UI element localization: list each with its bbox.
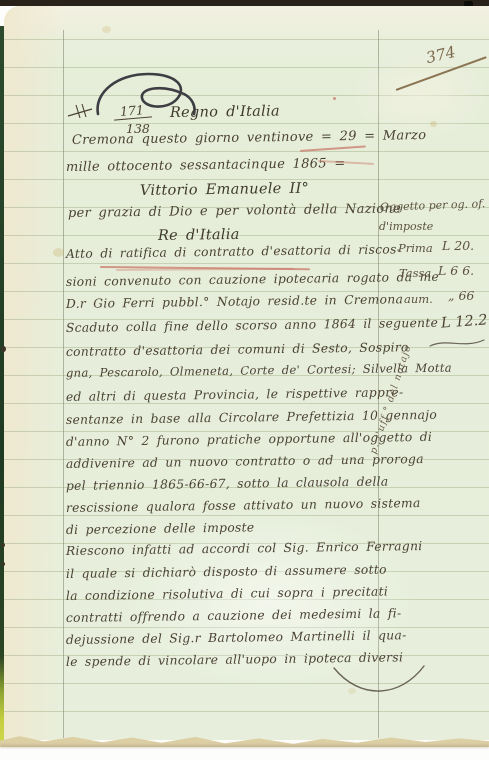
margin-row-value: L 20. bbox=[442, 240, 474, 253]
realm-title: Regno d'Italia bbox=[170, 104, 280, 120]
red-speck bbox=[333, 97, 336, 100]
margin-row-value: „ 66 bbox=[448, 290, 474, 303]
margin-total-value: L 12.2 bbox=[441, 313, 488, 331]
margin-heading-1: Oggetto per og. of. bbox=[380, 198, 486, 213]
ink-speck bbox=[1, 346, 6, 352]
margin-row-label: Prima bbox=[398, 243, 433, 255]
cross-mark-icon bbox=[68, 103, 92, 119]
ink-speck bbox=[1, 543, 5, 547]
scanned-manuscript-page: 374 171 138 Regno d'Italia Cremona quest… bbox=[0, 0, 489, 760]
margin-heading-2: d'imposte bbox=[379, 221, 433, 232]
margin-flourish-icon bbox=[428, 336, 486, 350]
margin-row-value: L 6 6. bbox=[438, 265, 474, 278]
manuscript-line: di percezione delle imposte bbox=[66, 521, 255, 536]
date-line-2: mille ottocento sessantacinque 1865 = bbox=[66, 157, 346, 174]
document-title: Re d'Italia bbox=[158, 228, 240, 244]
margin-row-label: Tassa bbox=[399, 268, 431, 280]
sovereign-name: Vittorio Emanuele II° bbox=[140, 182, 309, 199]
margin-line-left bbox=[63, 30, 64, 738]
torn-edge-shadow bbox=[0, 745, 489, 748]
ink-flourish-icon bbox=[330, 660, 430, 702]
ink-speck bbox=[1, 562, 5, 566]
